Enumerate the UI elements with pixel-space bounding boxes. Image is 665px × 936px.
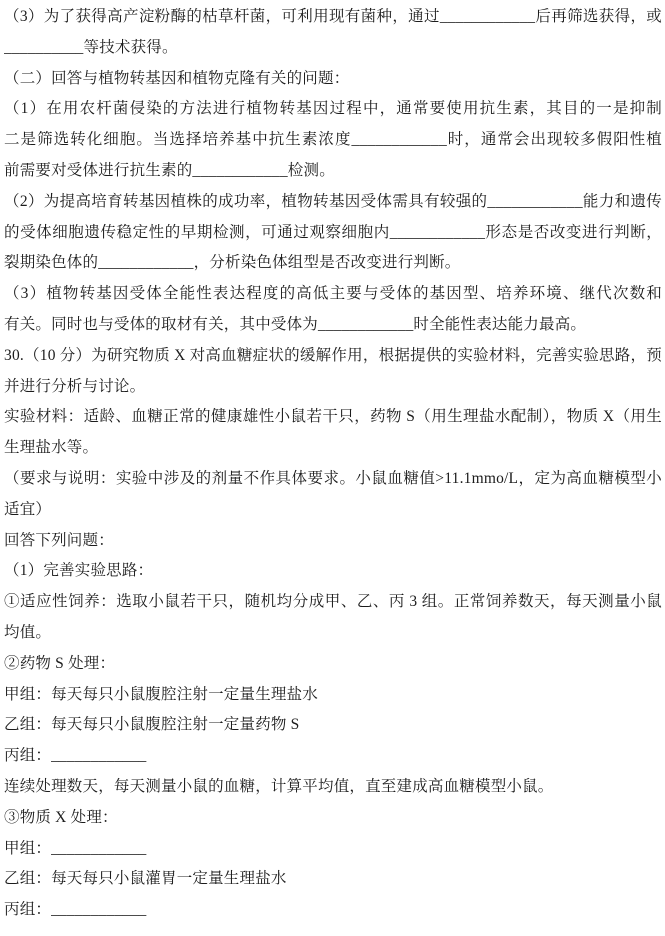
text-line: ③物质 X 处理：: [4, 803, 662, 834]
text-line: 丙组：____________: [4, 895, 662, 926]
text-line: （要求与说明：实验中涉及的剂量不作具体要求。小鼠血糖值>11.1mmo/L，定为…: [4, 464, 662, 495]
text-line: 甲组：____________: [4, 834, 662, 865]
text-line: 适宜）: [4, 495, 662, 526]
text-line: （1）完善实验思路：: [4, 556, 662, 587]
text-line: （1）在用农杆菌侵染的方法进行植物转基因过程中，通常要使用抗生素，其目的一是抑制…: [4, 94, 662, 125]
text-line: 生理盐水等。: [4, 433, 662, 464]
text-line: 30.（10 分）为研究物质 X 对高血糖症状的缓解作用，根据提供的实验材料，完…: [4, 341, 662, 372]
text-line: __________等技术获得。: [4, 33, 662, 64]
text-line: 丙组：____________: [4, 741, 662, 772]
text-line: 并进行分析与讨论。: [4, 372, 662, 403]
text-line: 实验材料：适龄、血糖正常的健康雄性小鼠若干只，药物 S（用生理盐水配制），物质 …: [4, 402, 662, 433]
text-line: （二）回答与植物转基因和植物克隆有关的问题：: [4, 64, 662, 95]
text-line: 乙组：每天每只小鼠腹腔注射一定量药物 S: [4, 710, 662, 741]
exam-document-page: （3）为了获得高产淀粉酶的枯草杆菌，可利用现有菌种，通过____________…: [0, 0, 665, 936]
text-line: 有关。同时也与受体的取材有关，其中受体为____________时全能性表达能力…: [4, 310, 662, 341]
document-text-lines: （3）为了获得高产淀粉酶的枯草杆菌，可利用现有菌种，通过____________…: [4, 2, 662, 926]
text-line: （3）为了获得高产淀粉酶的枯草杆菌，可利用现有菌种，通过____________…: [4, 2, 662, 33]
text-line: （2）为提高培育转基因植株的成功率，植物转基因受体需具有较强的_________…: [4, 187, 662, 218]
text-line: （3）植物转基因受体全能性表达程度的高低主要与受体的基因型、培养环境、继代次数和…: [4, 279, 662, 310]
text-line: 乙组：每天每只小鼠灌胃一定量生理盐水: [4, 864, 662, 895]
text-line: 的受体细胞遗传稳定性的早期检测，可通过观察细胞内____________形态是否…: [4, 218, 662, 249]
text-line: 均值。: [4, 618, 662, 649]
text-line: 裂期染色体的____________，分析染色体组型是否改变进行判断。: [4, 248, 662, 279]
text-line: 连续处理数天，每天测量小鼠的血糖，计算平均值，直至建成高血糖模型小鼠。: [4, 772, 662, 803]
text-line: 甲组：每天每只小鼠腹腔注射一定量生理盐水: [4, 680, 662, 711]
text-line: 回答下列问题：: [4, 526, 662, 557]
text-line: 二是筛选转化细胞。当选择培养基中抗生素浓度____________时，通常会出现…: [4, 125, 662, 156]
text-line: 前需要对受体进行抗生素的____________检测。: [4, 156, 662, 187]
text-line: ①适应性饲养：选取小鼠若干只，随机均分成甲、乙、丙 3 组。正常饲养数天，每天测…: [4, 587, 662, 618]
text-line: ②药物 S 处理：: [4, 649, 662, 680]
